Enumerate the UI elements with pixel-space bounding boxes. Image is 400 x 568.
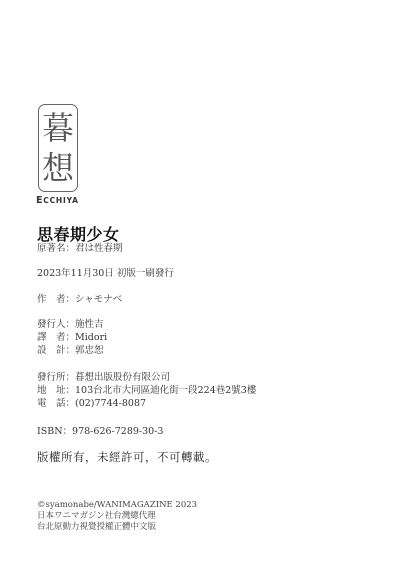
credit-author: 作 者：シャモナベ: [37, 294, 122, 306]
edition-date: 2023年11月30日 初版一刷發行: [37, 268, 174, 280]
isbn: ISBN：978-626-7289-30-3: [37, 426, 163, 438]
original-title: 原著名：君は性春期: [37, 243, 123, 255]
company-address: 地 址：103台北市大同區迪化街一段224巷2號3樓: [37, 385, 256, 397]
credit-publisher-person: 發行人：施性吉: [37, 319, 104, 331]
copyright-line-2: 日本ワニマガジン社台灣總代理: [37, 511, 156, 522]
publisher-logo: 暮 想: [38, 104, 78, 192]
credit-translator: 譯 者：Midori: [37, 332, 107, 344]
publisher-logo-text: ECCHIYA: [36, 195, 79, 206]
logo-char-1: 暮: [42, 109, 74, 147]
company-name: 發行所：暮想出版股份有限公司: [37, 372, 170, 384]
copyright-line-1: ©syamonabe/WANIMAGAZINE 2023: [37, 500, 197, 511]
book-title: 思春期少女: [37, 222, 120, 245]
copyright-line-3: 台北原動力視覺授權正體中文版: [37, 522, 156, 533]
company-phone: 電 話：(02)7744-8087: [37, 398, 146, 410]
credit-designer: 設 計：郭忠恕: [37, 345, 104, 357]
rights-notice: 版權所有，未經許可，不可轉載。: [37, 451, 217, 463]
logo-char-2: 想: [42, 149, 74, 187]
